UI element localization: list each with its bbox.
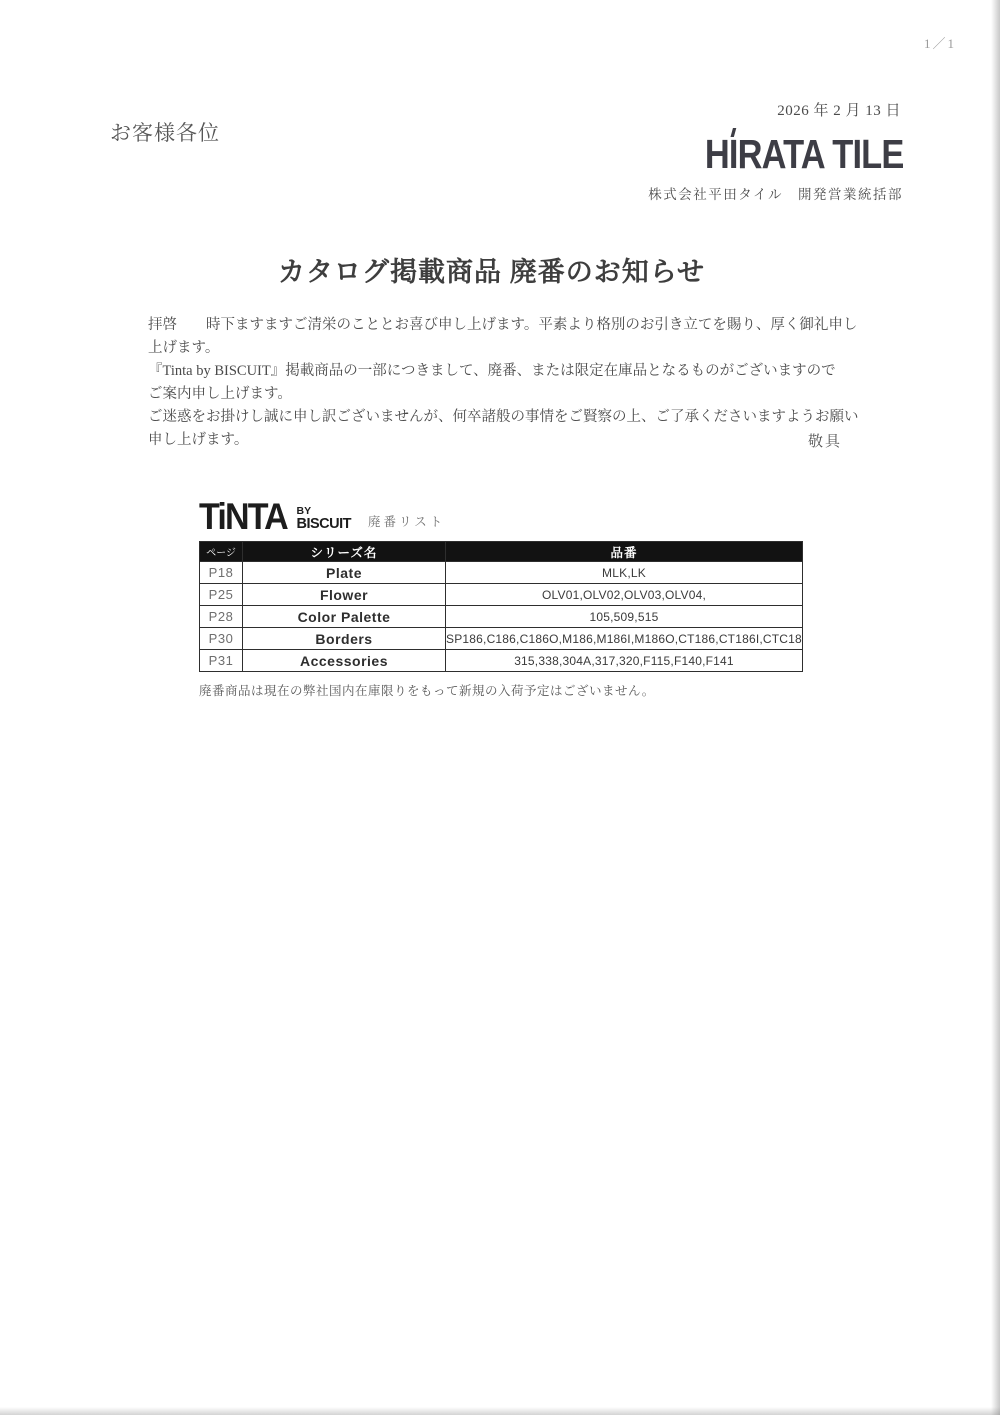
table-footnote: 廃番商品は現在の弊社国内在庫限りをもって新規の入荷予定はございません。 <box>199 681 655 699</box>
cell-codes: 315,338,304A,317,320,F115,F140,F141 <box>446 650 803 672</box>
document-page: 1／1 2026 年 2 月 13 日 お客様各位 HIRATA TILE 株式… <box>0 0 1000 1415</box>
by-biscuit-logo-text: BY BISCUIT <box>297 506 352 532</box>
cell-page: P28 <box>200 606 243 628</box>
table-header-row: ページ シリーズ名 品番 <box>200 542 803 562</box>
table-row: P25 Flower OLV01,OLV02,OLV03,OLV04, <box>200 584 803 606</box>
recipient-line: お客様各位 <box>110 117 220 147</box>
cell-page: P25 <box>200 584 243 606</box>
tinta-biscuit-logo: TiNTA BY BISCUIT 廃番リスト <box>199 502 445 532</box>
cell-page: P18 <box>200 562 243 584</box>
tinta-logo-text: TiNTA <box>199 502 287 532</box>
body-line: 『Tinta by BISCUIT』掲載商品の一部につきまして、廃番、または限定… <box>148 360 864 383</box>
table-row: P30 Borders SP186,C186,C186O,M186,M186I,… <box>200 628 803 650</box>
scan-edge-right <box>991 0 1000 1415</box>
closing-keigu: 敬具 <box>808 430 842 451</box>
header-page: ページ <box>200 542 243 562</box>
cell-series: Color Palette <box>243 606 446 628</box>
cell-series: Borders <box>243 628 446 650</box>
logo-biscuit-text: BISCUIT <box>297 517 352 532</box>
page-number: 1／1 <box>924 33 956 52</box>
cell-codes: MLK,LK <box>446 562 803 584</box>
cell-page: P31 <box>200 650 243 672</box>
logo-letters-rest: RATA TILE <box>737 134 903 175</box>
scan-edge-bottom <box>0 1407 1000 1415</box>
discontinued-products-table: ページ シリーズ名 品番 P18 Plate MLK,LK P25 Flower… <box>199 541 803 672</box>
cell-series: Flower <box>243 584 446 606</box>
body-line: ご迷惑をお掛けし誠に申し訳ございませんが、何卒諸般の事情をご賢察の上、ご了承くだ… <box>148 406 864 452</box>
cell-codes: SP186,C186,C186O,M186,M186I,M186O,CT186,… <box>446 628 803 650</box>
cell-codes: OLV01,OLV02,OLV03,OLV04, <box>446 584 803 606</box>
body-line: ご案内申し上げます。 <box>148 383 864 406</box>
cell-series: Accessories <box>243 650 446 672</box>
document-title: カタログ掲載商品 廃番のお知らせ <box>0 250 983 289</box>
table-row: P18 Plate MLK,LK <box>200 562 803 584</box>
document-date: 2026 年 2 月 13 日 <box>777 99 901 120</box>
cell-series: Plate <box>243 562 446 584</box>
logo-letter-i-with-tick: I <box>728 134 737 175</box>
body-paragraph: 拝啓 時下ますますご清栄のこととお喜び申し上げます。平素より格別のお引き立てを賜… <box>148 314 864 452</box>
company-department-line: 株式会社平田タイル 開発営業統括部 <box>648 183 903 203</box>
header-series: シリーズ名 <box>243 542 446 562</box>
cell-codes: 105,509,515 <box>446 606 803 628</box>
cell-page: P30 <box>200 628 243 650</box>
table-row: P28 Color Palette 105,509,515 <box>200 606 803 628</box>
table-row: P31 Accessories 315,338,304A,317,320,F11… <box>200 650 803 672</box>
hirata-tile-logo: HIRATA TILE <box>704 134 903 175</box>
logo-by-text: BY <box>297 506 352 517</box>
header-codes: 品番 <box>446 542 803 562</box>
body-line: 拝啓 時下ますますご清栄のこととお喜び申し上げます。平素より格別のお引き立てを賜… <box>148 314 864 360</box>
discontinued-list-label: 廃番リスト <box>368 512 445 532</box>
logo-letter-h: H <box>704 134 728 175</box>
